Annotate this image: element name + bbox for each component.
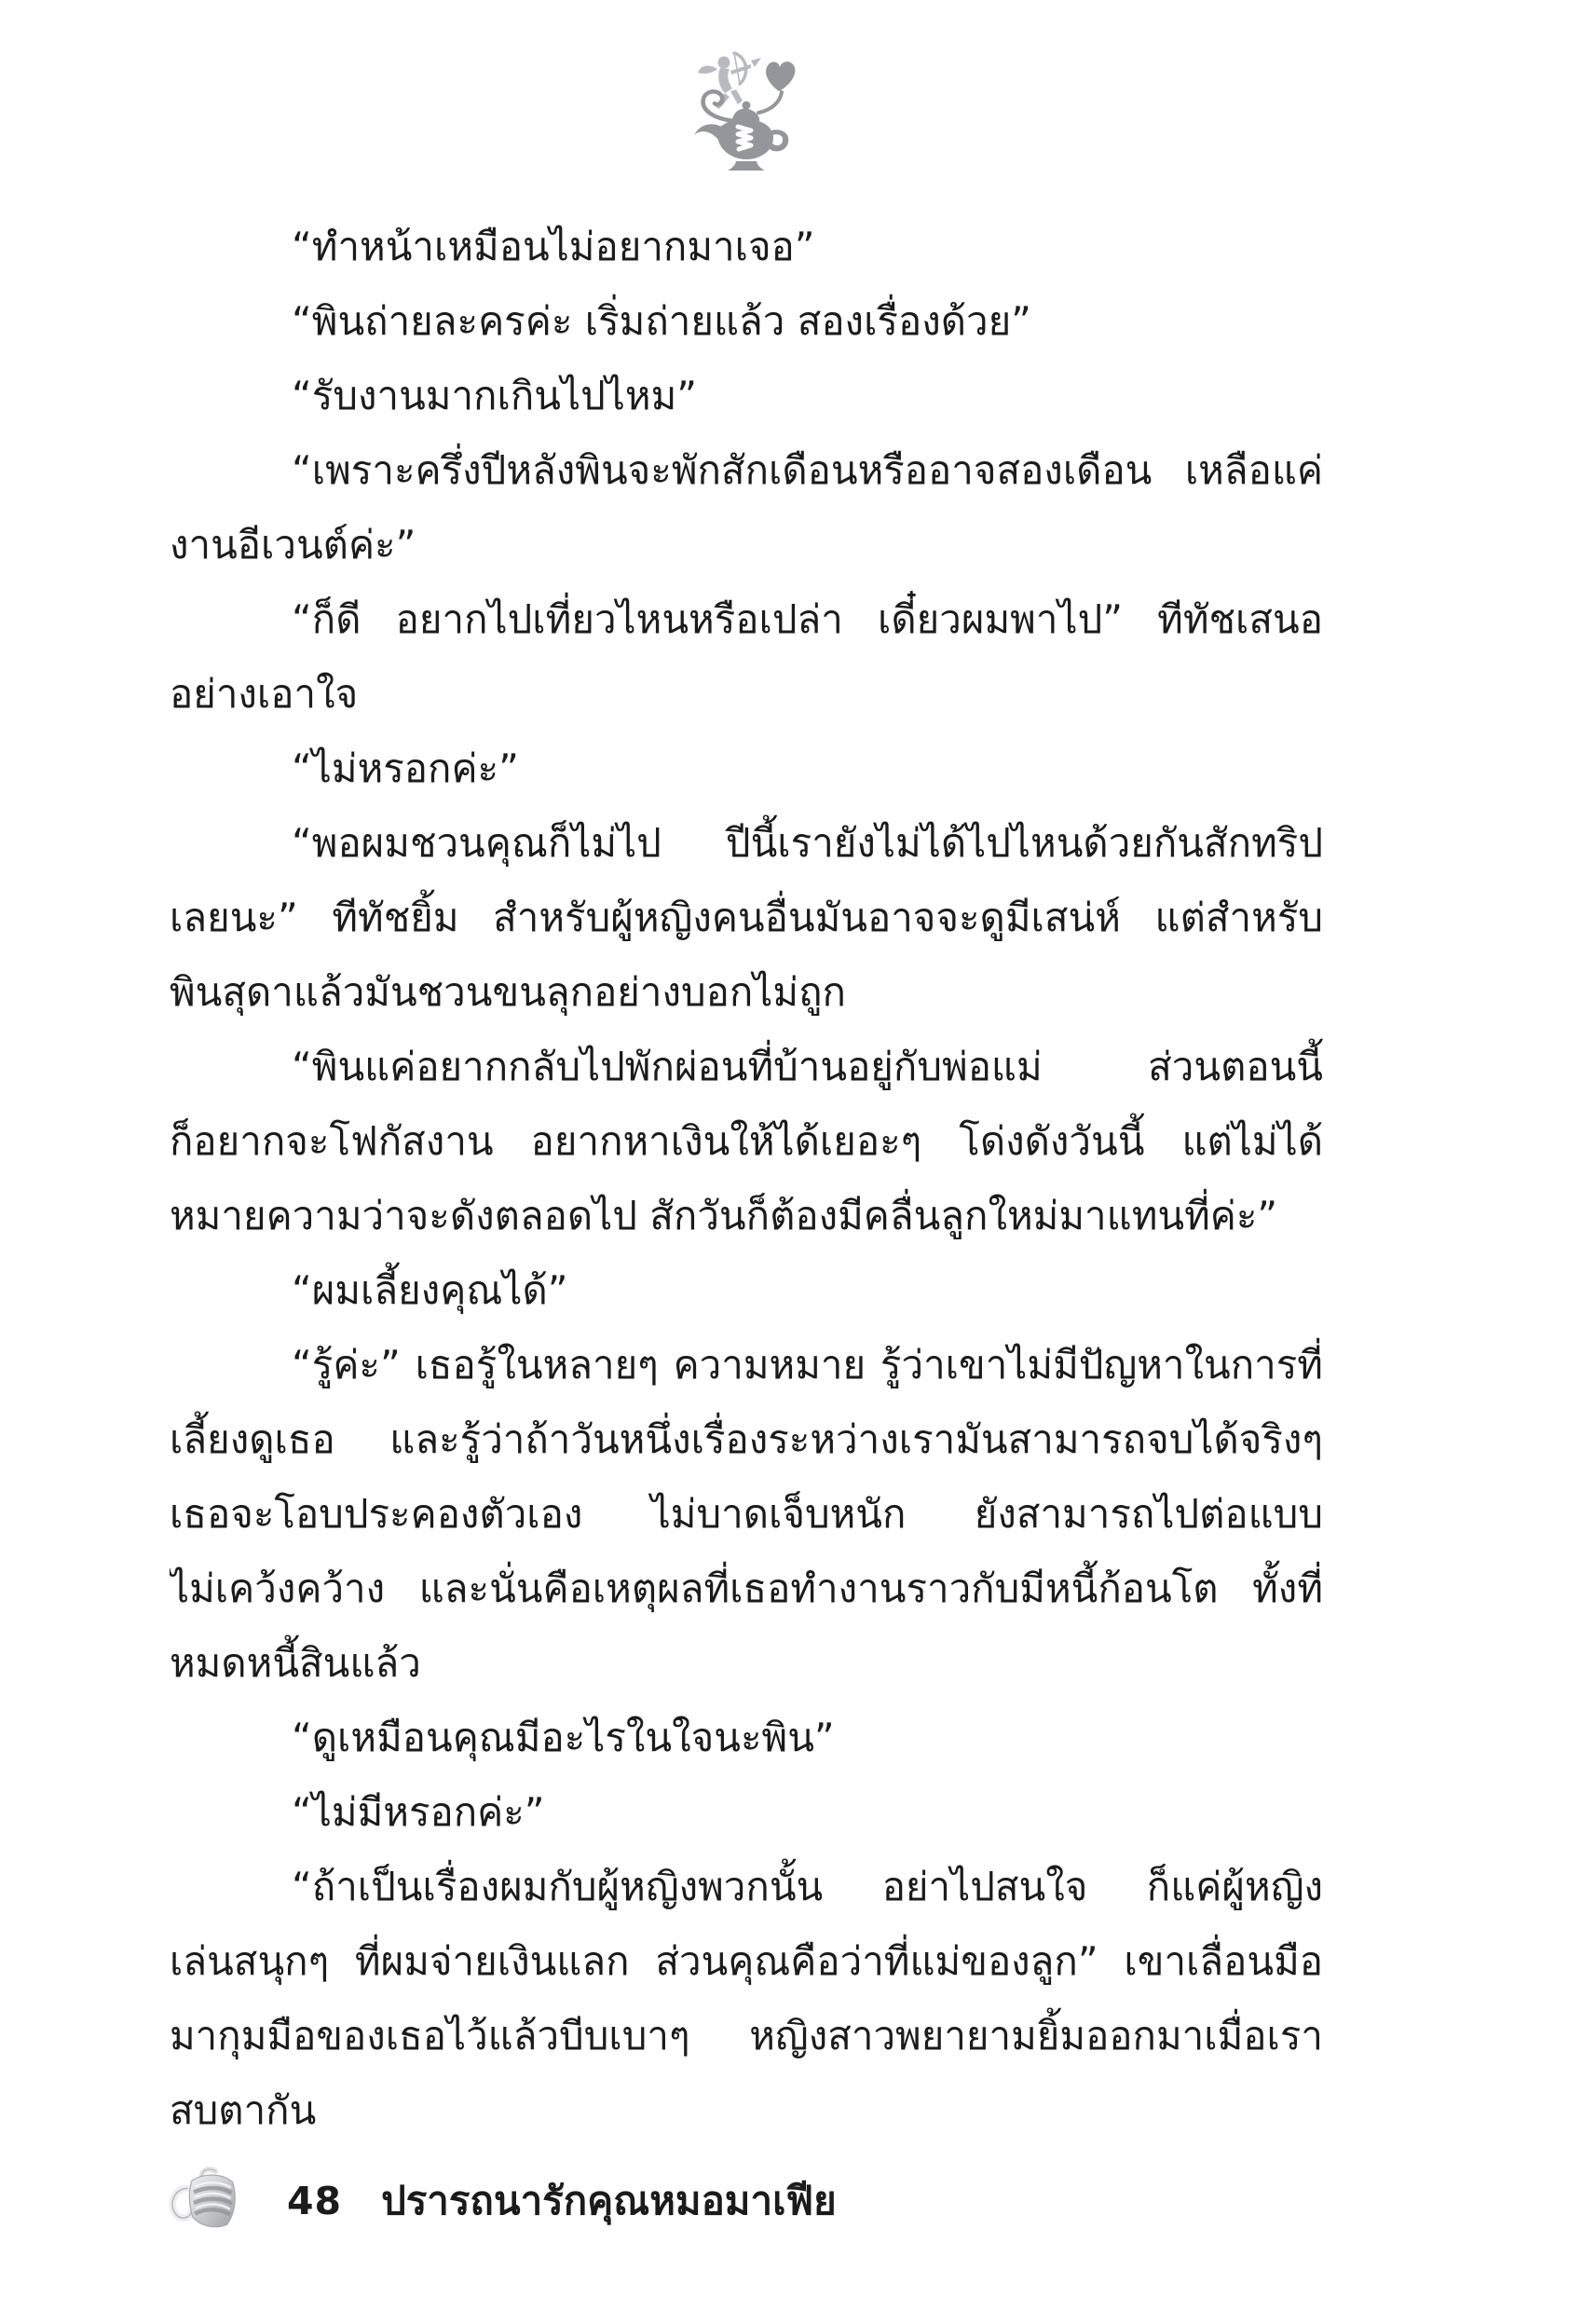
text-line: “พอผมชวนคุณก็ไม่ไป ปีนี้เรายังไม่ได้ไปไห… (170, 806, 1323, 881)
text-line: เลยนะ” ทีทัชยิ้ม สำหรับผู้หญิงคนอื่นมันอ… (170, 881, 1323, 955)
text-line: “ถ้าเป็นเรื่องผมกับผู้หญิงพวกนั้น อย่าไป… (170, 1850, 1323, 1924)
text-line: เล่นสนุกๆ ที่ผมจ่ายเงินแลก ส่วนคุณคือว่า… (170, 1924, 1323, 1999)
cupid-lamp-icon (689, 48, 807, 175)
text-line: มากุมมือของเธอไว้แล้วบีบเบาๆ หญิงสาวพยาย… (170, 1999, 1323, 2073)
text-line: หมายความว่าจะดังตลอดไป สักวันก็ต้องมีคลื… (170, 1179, 1323, 1253)
page-footer: 48 ปรารถนารักคุณหมอมาเฟีย (166, 2162, 837, 2240)
text-line: “รับงานมากเกินไปไหม” (170, 359, 1323, 433)
book-title: ปรารถนารักคุณหมอมาเฟีย (381, 2170, 837, 2232)
page-number: 48 (287, 2179, 342, 2223)
text-line: “ไม่หรอกค่ะ” (170, 732, 1323, 806)
text-line: “เพราะครึ่งปีหลังพินจะพักสักเดือนหรืออาจ… (170, 433, 1323, 508)
body-text: “ทำหน้าเหมือนไม่อยากมาเจอ”“พินถ่ายละครค่… (170, 210, 1323, 2148)
text-line: สบตากัน (170, 2073, 1323, 2148)
text-line: หมดหนี้สินแล้ว (170, 1626, 1323, 1701)
heart-shape (766, 62, 795, 91)
text-line: ไม่เคว้งคว้าง และนั่นคือเหตุผลที่เธอทำงา… (170, 1552, 1323, 1626)
text-line: งานอีเวนต์ค่ะ” (170, 508, 1323, 582)
text-line: อย่างเอาใจ (170, 657, 1323, 732)
text-line: “พินถ่ายละครค่ะ เริ่มถ่ายแล้ว สองเรื่องด… (170, 284, 1323, 359)
text-line: “ดูเหมือนคุณมีอะไรในใจนะพิน” (170, 1701, 1323, 1775)
text-line: “ผมเลี้ยงคุณได้” (170, 1253, 1323, 1328)
text-line: พินสุดาแล้วมันชวนขนลุกอย่างบอกไม่ถูก (170, 955, 1323, 1030)
text-line: “ก็ดี อยากไปเที่ยวไหนหรือเปล่า เดี๋ยวผมพ… (170, 582, 1323, 657)
text-line: เธอจะโอบประคองตัวเอง ไม่บาดเจ็บหนัก ยังส… (170, 1477, 1323, 1552)
text-line: “ทำหน้าเหมือนไม่อยากมาเจอ” (170, 210, 1323, 284)
book-page: “ทำหน้าเหมือนไม่อยากมาเจอ”“พินถ่ายละครค่… (0, 0, 1596, 2311)
face-mask-icon (166, 2165, 252, 2237)
text-line: “ไม่มีหรอกค่ะ” (170, 1775, 1323, 1850)
text-line: ก็อยากจะโฟกัสงาน อยากหาเงินให้ได้เยอะๆ โ… (170, 1104, 1323, 1179)
text-line: เลี้ยงดูเธอ และรู้ว่าถ้าวันหนึ่งเรื่องระ… (170, 1402, 1323, 1477)
text-line: “รู้ค่ะ” เธอรู้ในหลายๆ ความหมาย รู้ว่าเข… (170, 1328, 1323, 1402)
text-line: “พินแค่อยากกลับไปพักผ่อนที่บ้านอยู่กับพ่… (170, 1030, 1323, 1104)
